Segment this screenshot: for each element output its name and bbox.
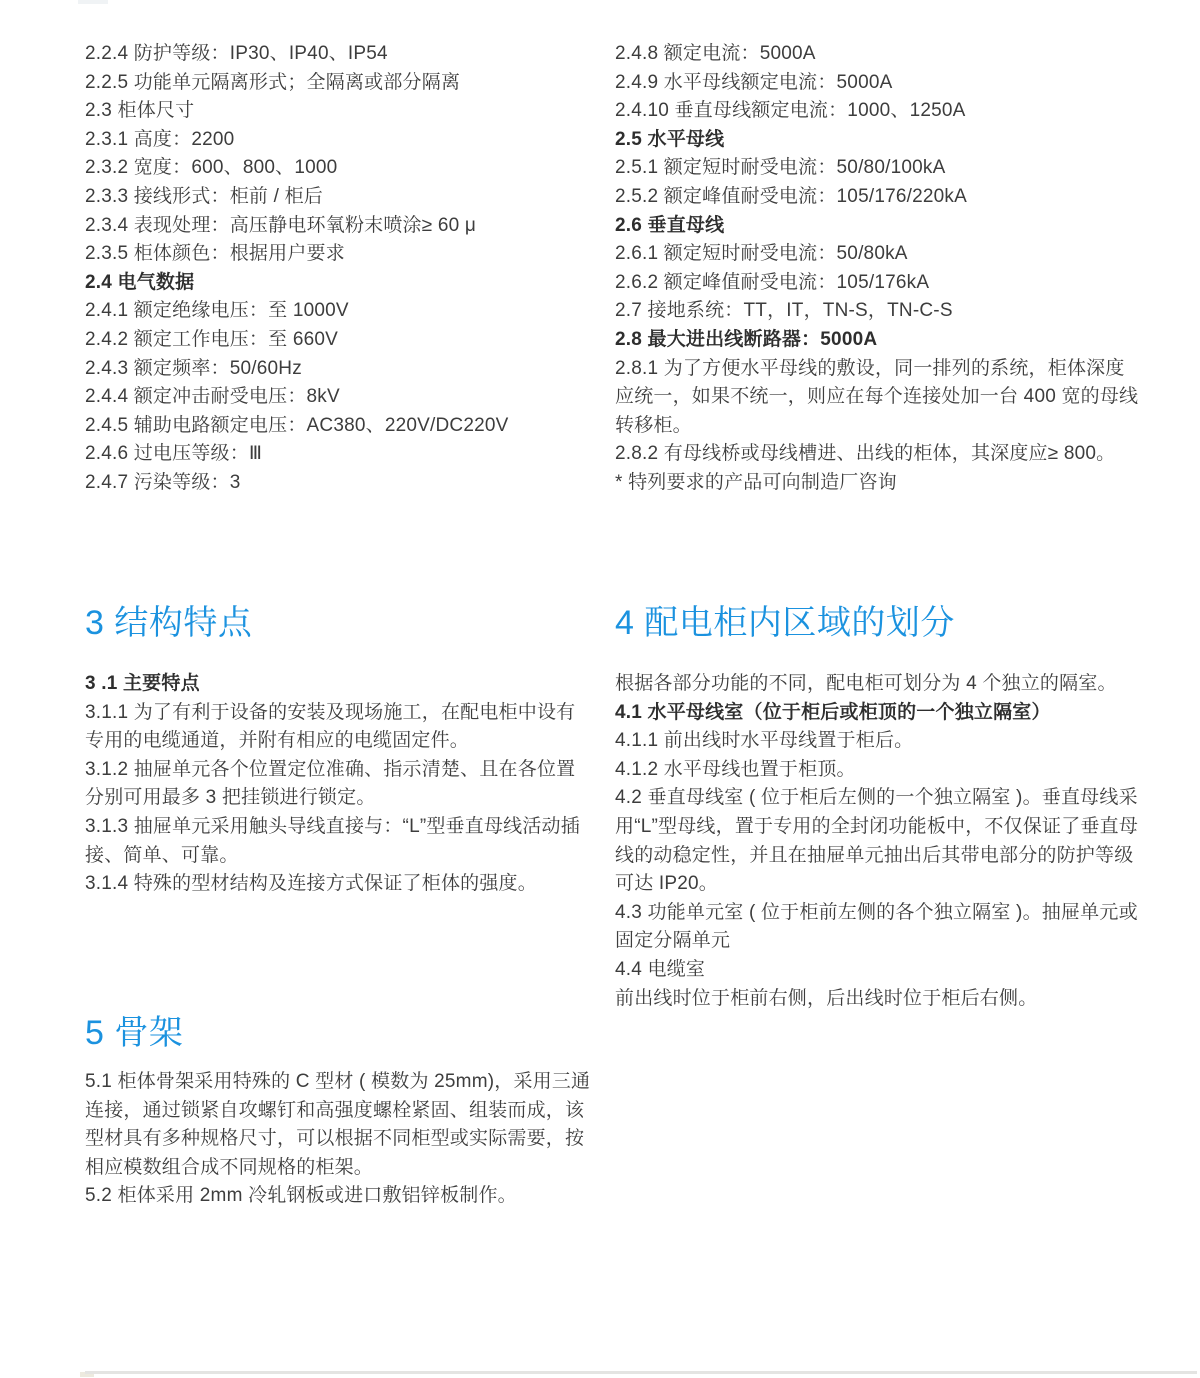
text-line: 2.4.6 过电压等级：Ⅲ xyxy=(85,440,590,469)
text-line: 4.1 水平母线室（位于柜后或柜顶的一个独立隔室） xyxy=(615,699,1143,728)
text-line: 2.3.4 表现处理：高压静电环氧粉末喷涂≥ 60 μ xyxy=(85,212,590,241)
text-line: 3.1.3 抽屉单元采用触头导线直接与：“L”型垂直母线活动插接、简单、可靠。 xyxy=(85,813,590,870)
section-zones: 4 配电柜内区域的划分 根据各部分功能的不同，配电柜可划分为 4 个独立的隔室。… xyxy=(615,601,1143,1013)
text-line: 2.4.7 污染等级：3 xyxy=(85,469,590,498)
page-edge-mark xyxy=(78,0,108,4)
text-line: 4.1.1 前出线时水平母线置于柜后。 xyxy=(615,727,1143,756)
text-line: 2.4.9 水平母线额定电流：5000A xyxy=(615,69,1143,98)
text-line: 2.2.5 功能单元隔离形式；全隔离或部分隔离 xyxy=(85,69,590,98)
text-line: 根据各部分功能的不同，配电柜可划分为 4 个独立的隔室。 xyxy=(615,670,1143,699)
text-line: 4.3 功能单元室 ( 位于柜前左侧的各个独立隔室 )。抽屉单元或固定分隔单元 xyxy=(615,899,1143,956)
text-line: 2.8.2 有母线桥或母线槽进、出线的柜体，其深度应≥ 800。 xyxy=(615,440,1143,469)
text-line: 2.5.1 额定短时耐受电流：50/80/100kA xyxy=(615,154,1143,183)
text-line: 2.5.2 额定峰值耐受电流：105/176/220kA xyxy=(615,183,1143,212)
text-line: 2.6.1 额定短时耐受电流：50/80kA xyxy=(615,240,1143,269)
section-frame: 5 骨架 5.1 柜体骨架采用特殊的 C 型材 ( 模数为 25mm)，采用三通… xyxy=(85,1011,597,1211)
text-line: 2.4.5 辅助电路额定电压：AC380、220V/DC220V xyxy=(85,412,590,441)
text-line: 前出线时位于柜前右侧，后出线时位于柜后右侧。 xyxy=(615,985,1143,1014)
section-zones-body: 根据各部分功能的不同，配电柜可划分为 4 个独立的隔室。4.1 水平母线室（位于… xyxy=(615,670,1143,1013)
text-line: 4.2 垂直母线室 ( 位于柜后左侧的一个独立隔室 )。垂直母线采用“L”型母线… xyxy=(615,784,1143,898)
text-line: 2.3.3 接线形式：柜前 / 柜后 xyxy=(85,183,590,212)
text-line: 2.8.1 为了方便水平母线的敷设，同一排列的系统，柜体深度应统一，如果不统一，… xyxy=(615,355,1143,441)
text-line: * 特列要求的产品可向制造厂咨询 xyxy=(615,469,1143,498)
section-frame-body: 5.1 柜体骨架采用特殊的 C 型材 ( 模数为 25mm)，采用三通连接，通过… xyxy=(85,1068,597,1211)
text-line: 5.2 柜体采用 2mm 冷轧钢板或进口敷铝锌板制作。 xyxy=(85,1182,597,1211)
text-line: 2.3.1 高度：2200 xyxy=(85,126,590,155)
text-line: 2.4.10 垂直母线额定电流：1000、1250A xyxy=(615,97,1143,126)
section-structure: 3 结构特点 3 .1 主要特点3.1.1 为了有利于设备的安装及现场施工，在配… xyxy=(85,601,590,899)
text-line: 5.1 柜体骨架采用特殊的 C 型材 ( 模数为 25mm)，采用三通连接，通过… xyxy=(85,1068,597,1182)
text-line: 2.7 接地系统：TT，IT，TN-S，TN-C-S xyxy=(615,297,1143,326)
text-line: 2.4.4 额定冲击耐受电压：8kV xyxy=(85,383,590,412)
text-line: 2.8 最大进出线断路器：5000A xyxy=(615,326,1143,355)
text-line: 2.5 水平母线 xyxy=(615,126,1143,155)
text-line: 3.1.1 为了有利于设备的安装及现场施工，在配电柜中设有专用的电缆通道，并附有… xyxy=(85,699,590,756)
text-line: 3.1.2 抽屉单元各个位置定位准确、指示清楚、且在各位置分别可用最多 3 把挂… xyxy=(85,756,590,813)
section-zones-heading: 4 配电柜内区域的划分 xyxy=(615,601,1143,645)
text-line: 2.4 电气数据 xyxy=(85,269,590,298)
spec-column-left: 2.2.4 防护等级：IP30、IP40、IP542.2.5 功能单元隔离形式；… xyxy=(85,40,590,498)
text-line: 2.2.4 防护等级：IP30、IP40、IP54 xyxy=(85,40,590,69)
text-line: 2.3.2 宽度：600、800、1000 xyxy=(85,154,590,183)
text-line: 3 .1 主要特点 xyxy=(85,670,590,699)
text-line: 2.6.2 额定峰值耐受电流：105/176kA xyxy=(615,269,1143,298)
text-line: 4.1.2 水平母线也置于柜顶。 xyxy=(615,756,1143,785)
section-structure-body: 3 .1 主要特点3.1.1 为了有利于设备的安装及现场施工，在配电柜中设有专用… xyxy=(85,670,590,899)
text-line: 3.1.4 特殊的型材结构及连接方式保证了柜体的强度。 xyxy=(85,870,590,899)
spec-column-right: 2.4.8 额定电流：5000A2.4.9 水平母线额定电流：5000A2.4.… xyxy=(615,40,1143,498)
section-structure-heading: 3 结构特点 xyxy=(85,601,590,645)
text-line: 2.4.2 额定工作电压：至 660V xyxy=(85,326,590,355)
text-line: 2.6 垂直母线 xyxy=(615,212,1143,241)
text-line: 2.3 柜体尺寸 xyxy=(85,97,590,126)
text-line: 2.4.1 额定绝缘电压：至 1000V xyxy=(85,297,590,326)
text-line: 4.4 电缆室 xyxy=(615,956,1143,985)
catalog-page: 2.2.4 防护等级：IP30、IP40、IP542.2.5 功能单元隔离形式；… xyxy=(0,0,1200,1378)
bottom-rule xyxy=(85,1371,1197,1374)
text-line: 2.4.8 额定电流：5000A xyxy=(615,40,1143,69)
section-frame-heading: 5 骨架 xyxy=(85,1011,597,1055)
text-line: 2.4.3 额定频率：50/60Hz xyxy=(85,355,590,384)
text-line: 2.3.5 柜体颜色：根据用户要求 xyxy=(85,240,590,269)
